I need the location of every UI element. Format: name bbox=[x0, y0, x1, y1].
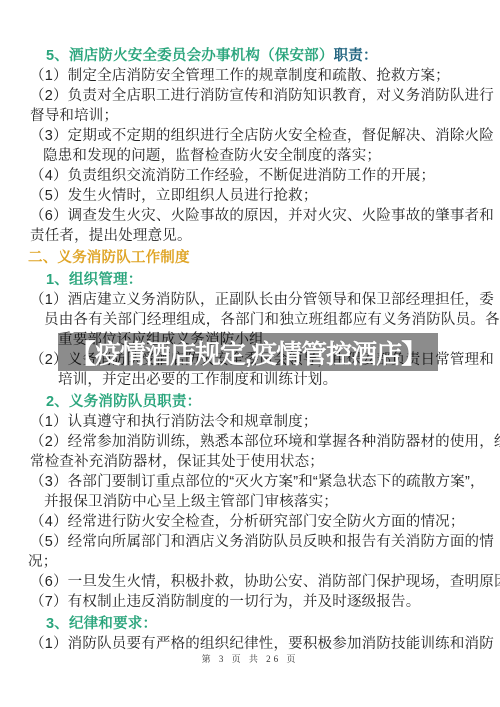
heading-line: 5、酒店防火安全委员会办事机构（保安部）职责： bbox=[0, 46, 500, 66]
text-line: （1）消防队员要有严格的组织纪律性，要积极参加消防技能训练和消防 bbox=[0, 634, 500, 654]
text-line: （4）经常进行防火安全检查，分析研究部门安全防火方面的情况； bbox=[0, 512, 500, 532]
text-line: （6）调查发生火灾、火险事故的原因，并对火灾、火险事故的肇事者和 bbox=[0, 206, 500, 226]
text-line: （2）负责对全店职工进行消防宣传和消防知识教育，对义务消防队进行 bbox=[0, 86, 500, 106]
text-line: 督导和培训； bbox=[0, 106, 500, 126]
page-footer: 第 3 页 共 26 页 bbox=[0, 652, 500, 665]
text-segment: （3）各部门要制订重点部位的“灭火方案”和“紧急状态下的疏散方案”， bbox=[30, 474, 485, 490]
text-segment: （6）一旦发生火情，积极扑救，协助公安、消防部门保护现场，查明原因； bbox=[30, 574, 500, 590]
text-line: （2）经常参加消防训练，熟悉本部位环境和掌握各种消防器材的使用，经 bbox=[0, 432, 500, 452]
text-segment: （2）负责对全店职工进行消防宣传和消防知识教育，对义务消防队进行 bbox=[30, 88, 494, 104]
text-segment: 常检查补充消防器材，保证其处于使用状态； bbox=[30, 454, 324, 470]
heading-line: 1、组织管理： bbox=[0, 270, 500, 290]
text-line: 员由各有关部门经理组成，各部门和独立班组都应有义务消防队员。各 bbox=[0, 310, 500, 330]
text-line: （1）认真遵守和执行消防法令和规章制度； bbox=[0, 412, 500, 432]
text-segment: （1）酒店建立义务消防队，正副队长由分管领导和保卫部经理担任，委 bbox=[30, 292, 494, 308]
text-segment: 1、组织管理： bbox=[46, 272, 142, 288]
text-segment: 培训，并定出必要的工作制度和训练计划。 bbox=[58, 372, 337, 388]
text-segment: （5）经常向所属部门和酒店义务消防队员反映和报告有关消防方面的情 bbox=[30, 534, 494, 550]
text-line: （6）一旦发生火情，积极扑救，协助公安、消防部门保护现场，查明原因； bbox=[0, 572, 500, 592]
text-line: （1）制定全店消防安全管理工作的规章制度和疏散、抢救方案； bbox=[0, 66, 500, 86]
text-segment: （1）认真遵守和执行消防法令和规章制度； bbox=[30, 414, 318, 430]
text-line: （3）各部门要制订重点部位的“灭火方案”和“紧急状态下的疏散方案”， bbox=[0, 472, 500, 492]
heading-line: 2、义务消防队员职责： bbox=[0, 392, 500, 412]
text-segment: 职责： bbox=[334, 48, 378, 64]
text-line: 培训，并定出必要的工作制度和训练计划。 bbox=[0, 370, 500, 390]
text-line: （7）有权制止违反消防制度的一切行为，并及时逐级报告。 bbox=[0, 592, 500, 612]
text-line: （1）酒店建立义务消防队，正副队长由分管领导和保卫部经理担任，委 bbox=[0, 290, 500, 310]
text-segment: （3）定期或不定期的组织进行全店防火安全检查，督促解决、消除火险 bbox=[30, 128, 494, 144]
text-line: 责任者，提出处理意见。 bbox=[0, 226, 500, 246]
text-line: （4）负责组织交流消防工作经验，不断促进消防工作的开展； bbox=[0, 166, 500, 186]
text-segment: 责任者，提出处理意见。 bbox=[30, 228, 192, 244]
text-line: 并报保卫消防中心呈上级主管部门审核落实； bbox=[0, 492, 500, 512]
watermark-text: 【疫情酒店规定,疫情管控酒店】 bbox=[70, 334, 426, 371]
text-segment: 3、纪律和要求： bbox=[46, 616, 157, 632]
text-line: 隐患和发现的问题，监督检查防火安全制度的落实； bbox=[0, 146, 500, 166]
text-segment: 2、义务消防队员职责： bbox=[46, 394, 201, 410]
document-page: 5、酒店防火安全委员会办事机构（保安部）职责：（1）制定全店消防安全管理工作的规… bbox=[0, 0, 500, 707]
text-line: 况； bbox=[0, 552, 500, 572]
text-segment: 督导和培训； bbox=[30, 108, 118, 124]
text-segment: 二、义务消防队工作制度 bbox=[28, 250, 190, 266]
text-line: （5）经常向所属部门和酒店义务消防队员反映和报告有关消防方面的情 bbox=[0, 532, 500, 552]
heading-line: 二、义务消防队工作制度 bbox=[0, 248, 500, 268]
text-segment: （4）负责组织交流消防工作经验，不断促进消防工作的开展； bbox=[30, 168, 435, 184]
text-line: 常检查补充消防器材，保证其处于使用状态； bbox=[0, 452, 500, 472]
text-segment: 隐患和发现的问题，监督检查防火安全制度的落实； bbox=[43, 148, 381, 164]
text-segment: 况； bbox=[28, 554, 57, 570]
text-segment: 5、酒店防火安全委员会办事机构（保安部） bbox=[46, 48, 334, 64]
text-segment: （4）经常进行防火安全检查，分析研究部门安全防火方面的情况； bbox=[30, 514, 465, 530]
text-segment: （1）制定全店消防安全管理工作的规章制度和疏散、抢救方案； bbox=[30, 68, 450, 84]
text-segment: （7）有权制止违反消防制度的一切行为，并及时逐级报告。 bbox=[30, 594, 420, 610]
watermark-banner: 【疫情酒店规定,疫情管控酒店】 bbox=[58, 333, 438, 371]
text-segment: （1）消防队员要有严格的组织纪律性，要积极参加消防技能训练和消防 bbox=[30, 636, 494, 652]
text-line: （5）发生火情时，立即组织人员进行抢救； bbox=[0, 186, 500, 206]
text-line: （3）定期或不定期的组织进行全店防火安全检查，督促解决、消除火险 bbox=[0, 126, 500, 146]
text-segment: 并报保卫消防中心呈上级主管部门审核落实； bbox=[44, 494, 338, 510]
text-segment: 员由各有关部门经理组成，各部门和独立班组都应有义务消防队员。各 bbox=[44, 312, 500, 328]
heading-line: 3、纪律和要求： bbox=[0, 614, 500, 634]
text-segment: （2）经常参加消防训练，熟悉本部位环境和掌握各种消防器材的使用，经 bbox=[30, 434, 500, 450]
text-segment: （6）调查发生火灾、火险事故的原因，并对火灾、火险事故的肇事者和 bbox=[30, 208, 494, 224]
text-segment: （5）发生火情时，立即组织人员进行抢救； bbox=[30, 188, 318, 204]
